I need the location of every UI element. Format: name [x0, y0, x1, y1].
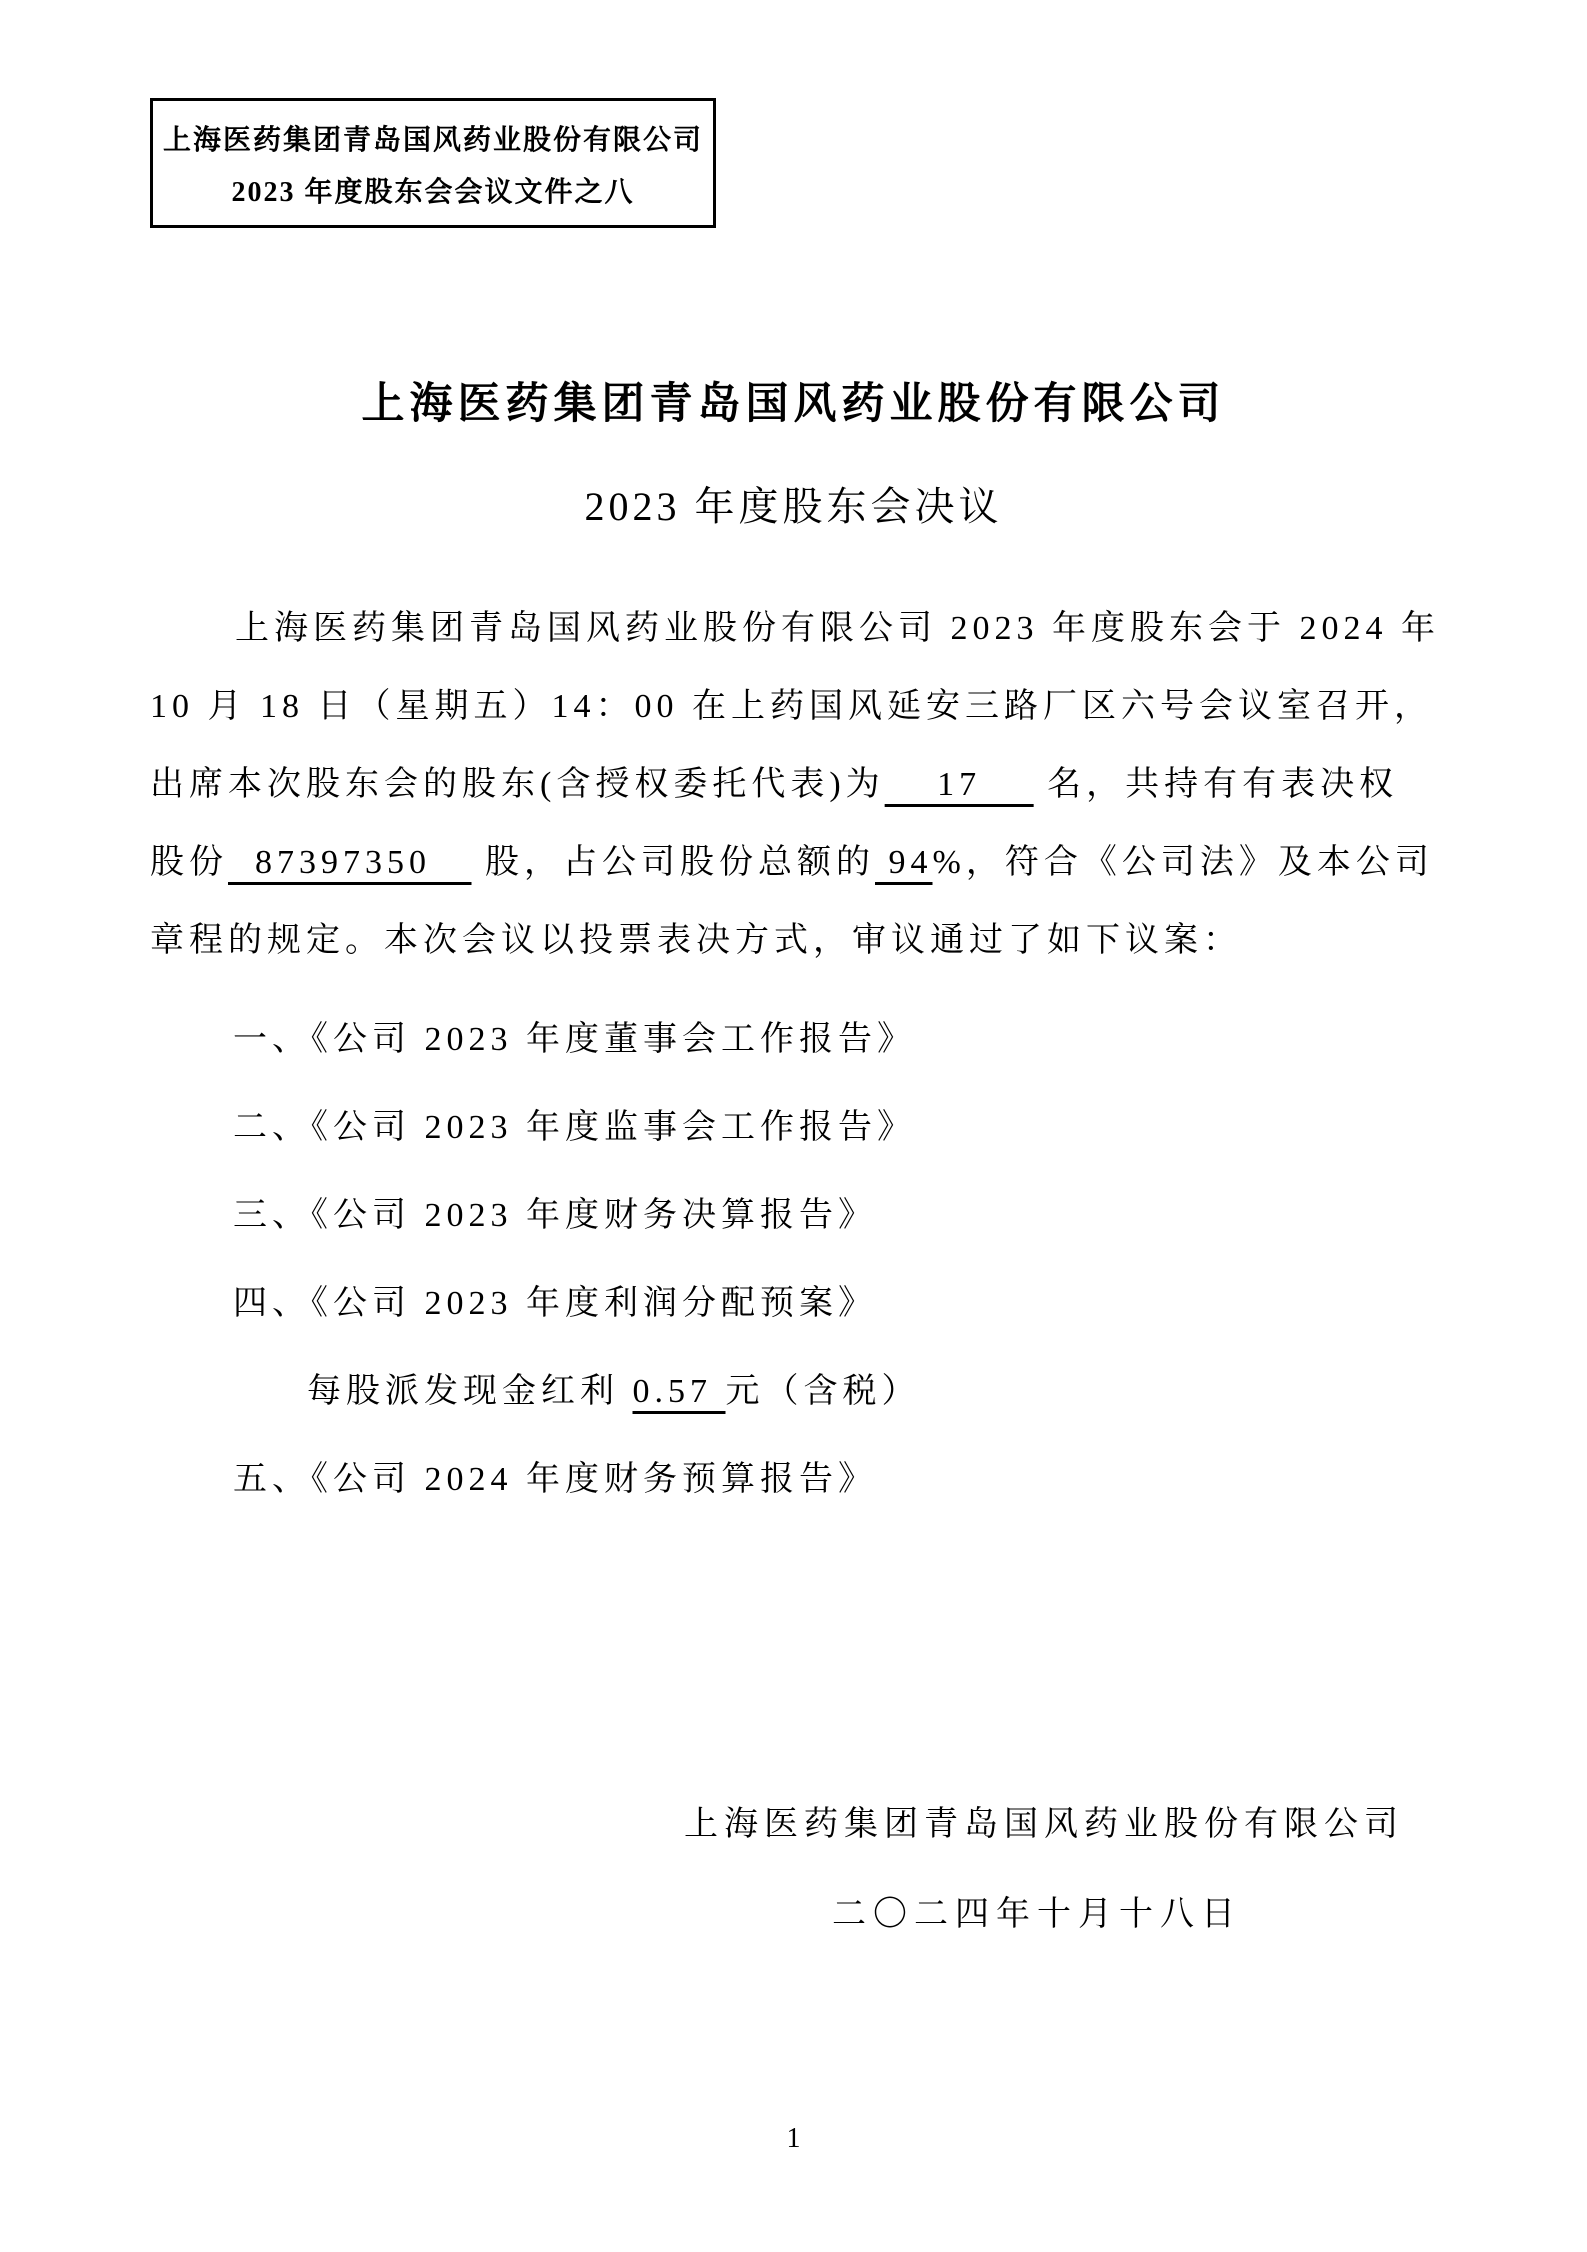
text-segment: 二、《公司 2023 年度监事会工作报告》	[233, 1109, 916, 1146]
document-page: 上海医药集团青岛国风药业股份有限公司 2023 年度股东会会议文件之八 上海医药…	[0, 0, 1587, 2252]
text-segment: 一、《公司 2023 年度董事会工作报告》	[233, 1021, 916, 1058]
text-segment: 五、《公司 2024 年度财务预算报告》	[233, 1461, 877, 1498]
underlined-value: 94	[875, 844, 933, 881]
resolution-list: 一、《公司 2023 年度董事会工作报告》二、《公司 2023 年度监事会工作报…	[150, 996, 1465, 1524]
underlined-value: 87397350	[228, 844, 472, 881]
para-line-2: 10 月 18 日（星期五）14：00 在上药国风延安三路厂区六号会议室召开，	[150, 668, 1465, 746]
resolution-item-3: 三、《公司 2023 年度财务决算报告》	[150, 1172, 1465, 1260]
text-segment: 名，共持有有表决权	[1034, 766, 1399, 803]
text-segment: 10 月 18 日（星期五）14：00 在上药国风延安三路厂区六号会议室召开，	[150, 688, 1433, 725]
text-segment: 章程的规定。本次会议以投票表决方式，审议通过了如下议案：	[150, 922, 1242, 959]
resolution-item-4: 四、《公司 2023 年度利润分配预案》	[150, 1260, 1465, 1348]
underlined-value: 17	[885, 766, 1034, 803]
text-segment: 股份	[150, 844, 228, 881]
resolution-item-2: 二、《公司 2023 年度监事会工作报告》	[150, 1084, 1465, 1172]
resolution-item-4-detail: 每股派发现金红利 0.57 元（含税）	[150, 1348, 1465, 1436]
para-line-4: 股份 87397350 股，占公司股份总额的 94%，符合《公司法》及本公司	[150, 824, 1465, 902]
header-box-company: 上海医药集团青岛国风药业股份有限公司	[153, 115, 713, 167]
page-number: 1	[0, 2122, 1587, 2156]
text-segment: 上海医药集团青岛国风药业股份有限公司 2023 年度股东会于 2024 年	[235, 610, 1440, 647]
signature-company: 上海医药集团青岛国风药业股份有限公司	[684, 1800, 1404, 1850]
underlined-value: 0.57	[633, 1373, 726, 1410]
resolution-item-5: 五、《公司 2024 年度财务预算报告》	[150, 1436, 1465, 1524]
para-line-5: 章程的规定。本次会议以投票表决方式，审议通过了如下议案：	[150, 902, 1465, 980]
text-segment: %，符合《公司法》及本公司	[933, 844, 1434, 881]
para-line-1: 上海医药集团青岛国风药业股份有限公司 2023 年度股东会于 2024 年	[150, 590, 1465, 668]
signature-date: 二〇二四年十月十八日	[832, 1890, 1242, 1940]
text-segment: 元（含税）	[726, 1373, 921, 1410]
text-segment: 三、《公司 2023 年度财务决算报告》	[233, 1197, 877, 1234]
text-segment: 出席本次股东会的股东(含授权委托代表)为	[150, 766, 885, 803]
text-segment: 股，占公司股份总额的	[472, 844, 876, 881]
header-box: 上海医药集团青岛国风药业股份有限公司 2023 年度股东会会议文件之八	[150, 98, 716, 228]
para-line-3: 出席本次股东会的股东(含授权委托代表)为 17 名，共持有有表决权	[150, 746, 1465, 824]
opening-paragraph: 上海医药集团青岛国风药业股份有限公司 2023 年度股东会于 2024 年10 …	[150, 590, 1465, 980]
resolution-item-1: 一、《公司 2023 年度董事会工作报告》	[150, 996, 1465, 1084]
document-title-resolution: 2023 年度股东会决议	[0, 484, 1587, 530]
text-segment: 每股派发现金红利	[307, 1373, 633, 1410]
document-title-company: 上海医药集团青岛国风药业股份有限公司	[0, 381, 1587, 429]
header-box-subtitle: 2023 年度股东会会议文件之八	[153, 167, 713, 219]
text-segment: 四、《公司 2023 年度利润分配预案》	[233, 1285, 877, 1322]
